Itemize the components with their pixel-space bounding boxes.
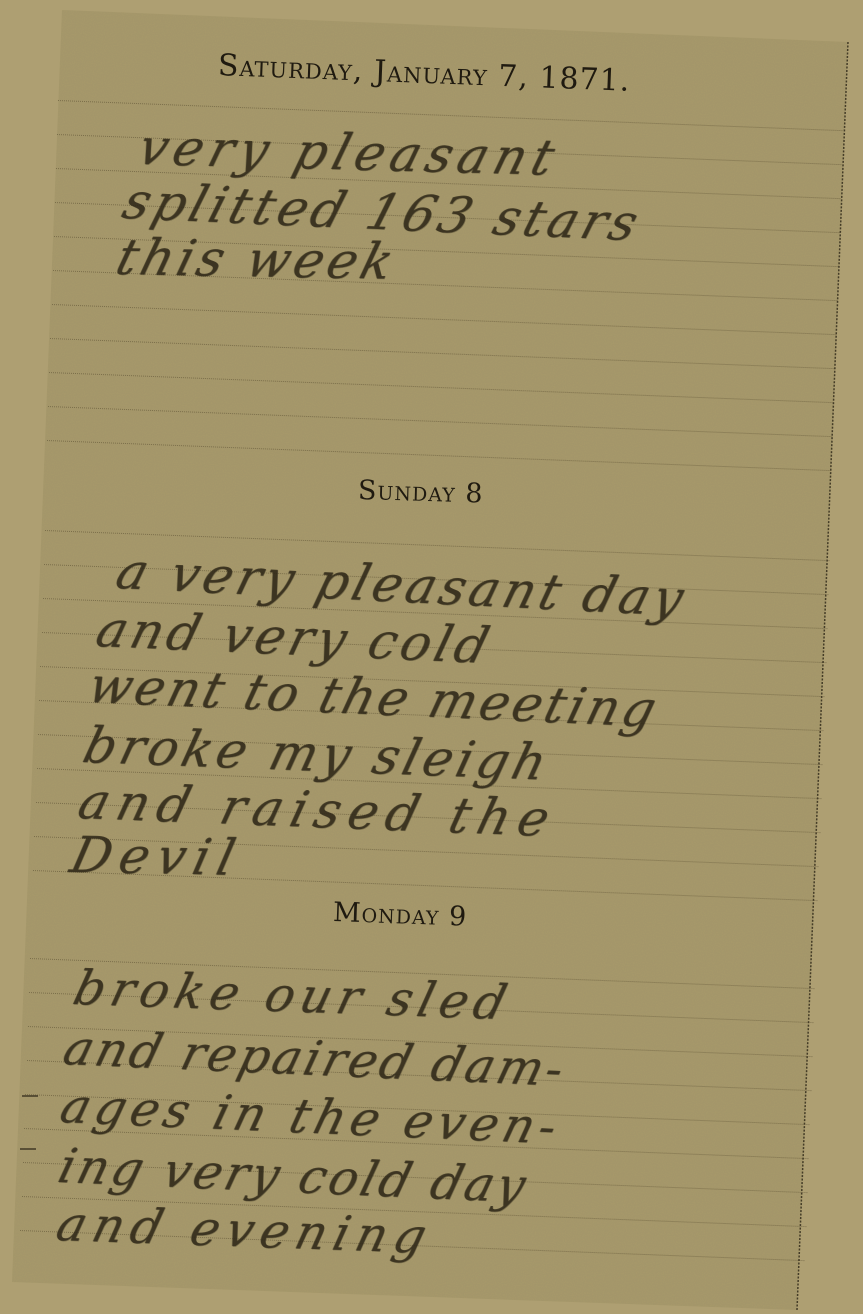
ruled-line [49, 372, 833, 403]
ruled-line [48, 406, 832, 437]
margin-dash [20, 1148, 36, 1150]
handwriting-line: this week [110, 228, 404, 291]
margin-dash [22, 1095, 38, 1097]
ruled-line [47, 440, 831, 471]
handwriting-line: broke our sled [68, 960, 518, 1031]
ruled-line [52, 304, 836, 335]
ruled-line [50, 338, 834, 369]
handwriting-line: and evening [51, 1196, 439, 1265]
entry-heading: Monday 9 [332, 897, 467, 933]
diary-content: Saturday, January 7, 1871. very pleasant… [0, 0, 863, 1314]
entry-heading: Sunday 8 [358, 475, 484, 509]
entry-heading: Saturday, January 7, 1871. [217, 48, 631, 99]
handwriting-line: Devil [65, 826, 248, 887]
